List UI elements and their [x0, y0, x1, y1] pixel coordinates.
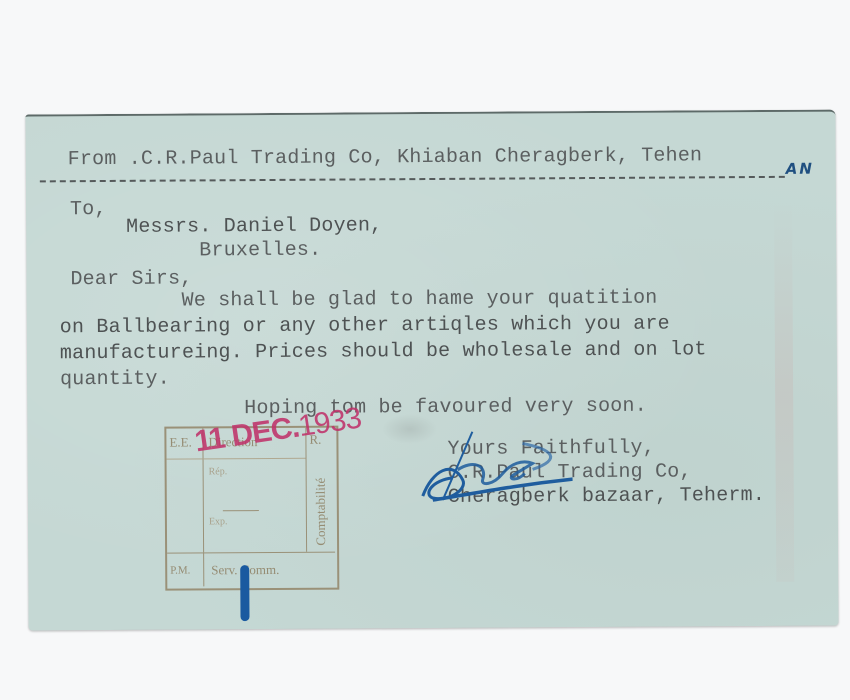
to-label: To, — [70, 196, 107, 224]
scanned-page: From .C.R.Paul Trading Co, Khiaban Chera… — [0, 0, 850, 700]
stamp-cell-ee: E.E. — [169, 434, 191, 450]
stamp-cell-rep: Rép. — [209, 466, 228, 477]
stamp-cell-pm: P.M. — [170, 564, 190, 576]
recipient-city: Bruxelles. — [199, 237, 321, 266]
handwritten-signature-icon — [412, 429, 572, 510]
blue-pencil-mark — [240, 565, 249, 621]
body-line-4: quantity. — [60, 366, 170, 395]
postcard: From .C.R.Paul Trading Co, Khiaban Chera… — [25, 110, 838, 631]
body-line-3: manufactureing. Prices should be wholesa… — [60, 336, 707, 368]
sender-header: From .C.R.Paul Trading Co, Khiaban Chera… — [68, 142, 703, 174]
handwritten-annotation: AN — [786, 160, 814, 178]
dashed-rule — [40, 176, 785, 183]
faint-red-stain — [774, 202, 794, 582]
stamp-cell-exp: Exp. — [209, 516, 228, 527]
stamp-cell-comptabilite: Comptabilité — [313, 478, 329, 546]
